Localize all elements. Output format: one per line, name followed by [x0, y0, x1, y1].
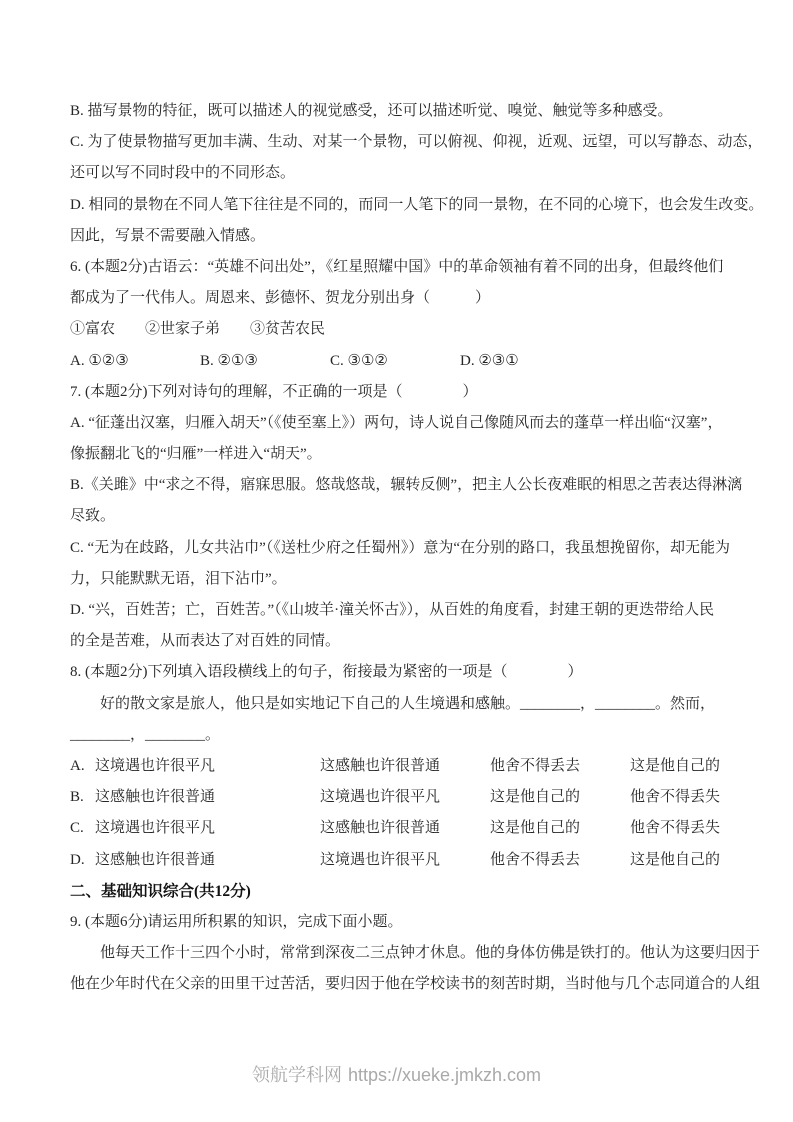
q7-option-a-line2: 像振翻北飞的“归雁”一样进入“胡天”。	[70, 439, 730, 470]
q6-option-a: A. ①②③	[70, 346, 200, 377]
q8-option-row-b: B. 这感触也许很普通 这境遇也许很平凡 这是他自己的 他舍不得丢失	[70, 782, 730, 813]
q6-numbered-items: ①富农 ②世家子弟 ③贫苦农民	[70, 314, 730, 345]
q8-option-c-label: C.	[70, 813, 95, 844]
q6-stem-line1: 6. (本题2分)古语云：“英雄不问出处”，《红星照耀中国》中的革命领袖有着不同…	[70, 252, 730, 283]
q8-option-row-c: C. 这境遇也许很平凡 这感触也许很普通 这是他自己的 他舍不得丢失	[70, 813, 730, 844]
q8-option-c-col1: 这境遇也许很平凡	[95, 813, 320, 844]
footer-url: https://xueke.jmkzh.com	[345, 1065, 544, 1085]
q8-option-row-d: D. 这感触也许很普通 这境遇也许很平凡 他舍不得丢去 这是他自己的	[70, 845, 730, 876]
q7-option-b-line1: B.《关雎》中“求之不得，寤寐思服。悠哉悠哉，辗转反侧”，把主人公长夜难眠的相思…	[70, 470, 730, 501]
q7-option-c-line1: C. “无为在歧路，儿女共沾巾”（《送杜少府之任蜀州》）意为“在分别的路口，我虽…	[70, 533, 730, 564]
q8-option-b-label: B.	[70, 782, 95, 813]
q6-option-c: C. ③①②	[330, 346, 460, 377]
page-footer: 领航学科网https://xueke.jmkzh.com	[0, 1062, 793, 1088]
q8-option-b-col2: 这境遇也许很平凡	[320, 782, 490, 813]
q8-stem: 8. (本题2分)下列填入语段横线上的句子，衔接最为紧密的一项是（ ）	[70, 657, 730, 688]
q8-option-row-a: A. 这境遇也许很平凡 这感触也许很普通 他舍不得丢去 这是他自己的	[70, 751, 730, 782]
q9-passage-line2: 他在少年时代在父亲的田里干过苦活，要归因于他在学校读书的刻苦时期，当时他与几个志…	[70, 969, 730, 1000]
q6-option-b: B. ②①③	[200, 346, 330, 377]
q6-stem-line2: 都成为了一代伟人。周恩来、彭德怀、贺龙分别出身（ ）	[70, 283, 730, 314]
q5-option-d-line2: 因此，写景不需要融入情感。	[70, 221, 730, 252]
q8-option-d-col3: 他舍不得丢去	[490, 845, 630, 876]
q8-option-c-col2: 这感触也许很普通	[320, 813, 490, 844]
q8-option-a-col3: 他舍不得丢去	[490, 751, 630, 782]
q8-option-d-label: D.	[70, 845, 95, 876]
q6-option-d: D. ②③①	[460, 346, 590, 377]
q8-passage-line2: ________，________。	[70, 720, 730, 751]
q5-option-c-line2: 还可以写不同时段中的不同形态。	[70, 158, 730, 189]
q9-stem: 9. (本题6分)请运用所积累的知识，完成下面小题。	[70, 907, 730, 938]
q8-option-a-label: A.	[70, 751, 95, 782]
q8-option-d-col2: 这境遇也许很平凡	[320, 845, 490, 876]
q7-stem: 7. (本题2分)下列对诗句的理解，不正确的一项是（ ）	[70, 377, 730, 408]
q7-option-c-line2: 力，只能默默无语，泪下沾巾”。	[70, 564, 730, 595]
footer-site-name: 领航学科网	[249, 1065, 345, 1085]
section-2-heading: 二、基础知识综合(共12分)	[70, 876, 730, 907]
q8-option-b-col4: 他舍不得丢失	[630, 782, 730, 813]
q7-option-b-line2: 尽致。	[70, 501, 730, 532]
q8-option-d-col1: 这感触也许很普通	[95, 845, 320, 876]
q5-option-c-line1: C. 为了使景物描写更加丰满、生动、对某一个景物，可以俯视、仰视，近观、远望，可…	[70, 127, 730, 158]
q8-passage-line1: 好的散文家是旅人，他只是如实地记下自己的人生境遇和感触。________，___…	[70, 689, 730, 720]
q8-option-a-col1: 这境遇也许很平凡	[95, 751, 320, 782]
q8-option-d-col4: 这是他自己的	[630, 845, 730, 876]
q7-option-d-line2: 的全是苦难，从而表达了对百姓的同情。	[70, 626, 730, 657]
q7-option-d-line1: D. “兴，百姓苦；亡，百姓苦。”（《山坡羊·潼关怀古》），从百姓的角度看，封建…	[70, 595, 730, 626]
q7-option-a-line1: A. “征蓬出汉塞，归雁入胡天”（《使至塞上》）两句，诗人说自己像随风而去的蓬草…	[70, 408, 730, 439]
q6-options-row: A. ①②③ B. ②①③ C. ③①② D. ②③①	[70, 346, 730, 377]
exam-content: B. 描写景物的特征，既可以描述人的视觉感受，还可以描述听觉、嗅觉、触觉等多种感…	[70, 96, 730, 1000]
q5-option-b: B. 描写景物的特征，既可以描述人的视觉感受，还可以描述听觉、嗅觉、触觉等多种感…	[70, 96, 730, 127]
q5-option-d-line1: D. 相同的景物在不同人笔下往往是不同的，而同一人笔下的同一景物，在不同的心境下…	[70, 190, 730, 221]
q8-option-a-col4: 这是他自己的	[630, 751, 730, 782]
q8-option-a-col2: 这感触也许很普通	[320, 751, 490, 782]
q8-option-b-col3: 这是他自己的	[490, 782, 630, 813]
q8-option-c-col3: 这是他自己的	[490, 813, 630, 844]
q8-option-c-col4: 他舍不得丢失	[630, 813, 730, 844]
q8-option-b-col1: 这感触也许很普通	[95, 782, 320, 813]
q9-passage-line1: 他每天工作十三四个小时，常常到深夜二三点钟才休息。他的身体仿佛是铁打的。他认为这…	[70, 938, 730, 969]
